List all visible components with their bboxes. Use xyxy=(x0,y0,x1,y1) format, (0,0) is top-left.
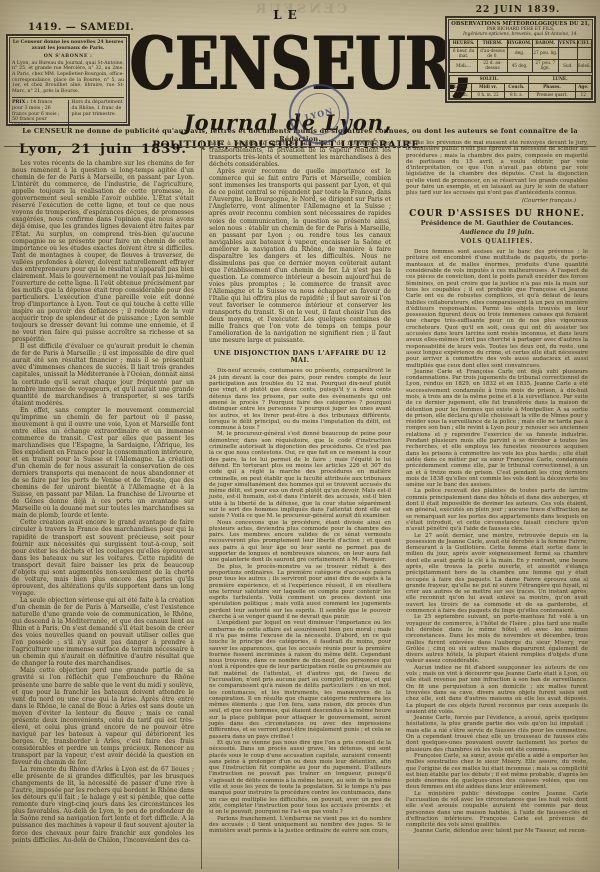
sun-cell: 8 h. s. xyxy=(504,91,529,99)
meteo-cell: d'au-dessus de 0. xyxy=(478,47,508,60)
sun-col-header: Midi vr. xyxy=(472,83,504,91)
abonne-heading: ON S'ABONNE : xyxy=(12,54,124,60)
moon-cell: 12 xyxy=(575,91,591,99)
court-report: Deux femmes sont assises sur le banc des… xyxy=(406,249,588,835)
paragraph: Nous concevons que la procédure, étant d… xyxy=(209,520,391,564)
library-stamp-text: LYON xyxy=(294,89,345,140)
meteo-cell: deg. xyxy=(507,47,532,60)
paragraph: Jeanne Carle, défendue avec talent par M… xyxy=(406,828,588,834)
court-presidence: Présidence de M. Gauthier de Coutances. xyxy=(406,220,588,226)
sun-col-header: Couch. xyxy=(504,83,529,91)
meteo-box: OBSERVATIONS MÉTÉOROLOGIQUES DU 21, PAR … xyxy=(445,16,596,103)
railway-article-continued: naux à berges de gazon se fait sentir de… xyxy=(209,140,391,344)
sun-col-header: Lever. xyxy=(450,83,472,91)
railway-article: Les votes récents de la chambre sur les … xyxy=(12,160,194,844)
paragraph: Aucun indice ne fit d'abord soupçonner l… xyxy=(406,665,588,715)
paragraph: Il est difficile d'évaluer ce qu'aurait … xyxy=(12,343,194,406)
price-list: PRIX : 14 francs pour 3 mois ; 26 francs… xyxy=(12,100,69,128)
disjonction-article: Dix-neuf accusés, contumaces ou présents… xyxy=(209,368,391,834)
paragraph: La remonte du Rhône d'Arles à Lyon est d… xyxy=(12,766,194,844)
paragraph: Jeanne Carle, forcée par l'évidence, a a… xyxy=(406,715,588,753)
out-of-department-price: Hors du département du Rhône, 1 franc de… xyxy=(69,100,125,128)
paragraph: De plus, le procès-monstre va se trouver… xyxy=(209,564,391,621)
paragraph: et que les prévenus de mai eussent été r… xyxy=(406,140,588,197)
price-label: PRIX : xyxy=(12,100,29,105)
newspaper-page: CENSEUR 1419. — SAMEDI. 22 JUIN 1839. LE… xyxy=(0,0,600,872)
section-header-disjonction: UNE DISJONCTION DANS L'AFFAIRE DU 12 MAI… xyxy=(209,350,391,364)
sun-cell: 0 h. m. 22 xyxy=(472,91,504,99)
moon-col-header: Age. xyxy=(575,83,591,91)
meteo-cell: Sud. xyxy=(559,60,578,73)
paragraph: Après avoir reconnu de quelle importance… xyxy=(209,168,391,344)
column-2: naux à berges de gazon se fait sentir de… xyxy=(201,140,398,869)
meteo-cell: 45 deg. xyxy=(507,60,532,73)
paragraph: La seule objection sérieuse qui ait été … xyxy=(12,597,194,667)
paragraph: Cette création avait encore le grand ava… xyxy=(12,519,194,597)
meteo-col-header: HEURES. xyxy=(450,40,478,48)
column-1: Lyon, 21 juin 1839. Les votes récents de… xyxy=(5,140,201,869)
moon-cell: Premier quart. xyxy=(529,91,575,99)
moon-col-header: Phases. xyxy=(529,83,575,91)
sun-label: SOLEIL. xyxy=(450,75,529,83)
meteo-col-header: VENTS. xyxy=(559,40,578,48)
paragraph: Mais cette objection perd une grande par… xyxy=(12,667,194,766)
paragraph: Le 27 août dernier, une montre, retrouvé… xyxy=(406,533,588,615)
table-row: 4 h. m. 0 h. m. 22 8 h. s. Premier quart… xyxy=(450,91,592,99)
abonne-addresses: A Lyon, au Bureau du Journal, quai St-An… xyxy=(12,61,124,95)
disjonction-article-continued: et que les prévenus de mai eussent été r… xyxy=(406,140,588,197)
meteo-cell: 27 pou. 7 lign. xyxy=(532,60,559,73)
paragraph: Françoise Carle, sa sœur, avoue qu'elle … xyxy=(406,753,588,791)
table-row: Midi.... 22 d. au-dessus 45 deg. 27 pou.… xyxy=(450,60,592,73)
article-columns: Lyon, 21 juin 1839. Les votes récents de… xyxy=(5,140,595,869)
meteo-cell: 27 pou. lig. xyxy=(532,47,559,60)
meteo-col-header: CIEL. xyxy=(577,40,591,48)
column-3: et que les prévenus de mai eussent été r… xyxy=(398,140,595,869)
paragraph: Et qu'on ne vienne pas nous dire que l'o… xyxy=(209,740,391,816)
table-row: 6 heur. du mat. d'au-dessus de 0. deg. 2… xyxy=(450,47,592,60)
meteo-cell: 22 d. au-dessus xyxy=(478,60,508,73)
meteo-cell: Midi.... xyxy=(450,60,478,73)
paragraph: Jeanne Carle et Françoise Carle ont déjà… xyxy=(406,369,588,489)
paragraph: En effet, sans compter le mouvement comm… xyxy=(12,407,194,520)
issue-number: 1419. — SAMEDI. xyxy=(28,22,134,33)
sun-moon-table: SOLEIL. LUNE. Lever. Midi vr. Couch. Pha… xyxy=(449,75,592,99)
meteo-cell: 6 heur. du mat. xyxy=(450,47,478,60)
paragraph: M. le procureur-général s'est donné beau… xyxy=(209,431,391,519)
court-audience-date: Audience du 19 juin. xyxy=(406,229,588,235)
meteo-table: HEURES. THERM. HYGROM. BAROM. VENTS. CIE… xyxy=(449,39,592,73)
paragraph: La police recevait des plaintes de toute… xyxy=(406,488,588,532)
court-section-title: COUR D'ASSISES DU RHONE. xyxy=(406,211,588,217)
paragraph: Le ministère public développe contre Jea… xyxy=(406,791,588,829)
paragraph: Les votes récents de la chambre sur les … xyxy=(12,160,194,343)
meteo-address: Ingénieurs-opticiens, brevetés, quai St-… xyxy=(449,32,592,37)
paragraph: naux à berges de gazon se fait sentir de… xyxy=(209,140,391,168)
newspaper-title: CENSEUR, xyxy=(130,30,446,99)
masthead-le: LE xyxy=(130,8,446,22)
court-case-kicker: VOLS QUALIFIÉS. xyxy=(406,239,588,245)
meteo-cell xyxy=(577,47,591,60)
paragraph: Dix-neuf accusés, contumaces ou présents… xyxy=(209,368,391,431)
paragraph: Deux femmes sont assises sur le banc des… xyxy=(406,249,588,369)
meteo-col-header: BAROM. xyxy=(532,40,559,48)
meteo-cell: Soleil. xyxy=(577,60,591,73)
sun-cell: 4 h. m. xyxy=(450,91,472,99)
paragraph: L'expédient par lequel on veut diminuer … xyxy=(209,620,391,740)
subscription-box: Le Censeur donne les nouvelles 24 heures… xyxy=(6,34,130,126)
meteo-col-header: THERM. xyxy=(478,40,508,48)
masthead-date: 22 JUIN 1839. xyxy=(440,5,596,15)
meteo-col-header: HYGROM. xyxy=(507,40,532,48)
paragraph: Le 25 septembre suivant, un porte-mantea… xyxy=(406,614,588,664)
promo-text: Le Censeur donne les nouvelles 24 heures… xyxy=(12,40,124,51)
source-attribution: (Courrier français.) xyxy=(406,198,576,204)
dateline-headline: Lyon, 21 juin 1839. xyxy=(12,146,194,153)
meteo-cell xyxy=(559,47,578,60)
paragraph: Parlons franchement. L'embarras ne vient… xyxy=(209,816,391,835)
moon-label: LUNE. xyxy=(529,75,592,83)
